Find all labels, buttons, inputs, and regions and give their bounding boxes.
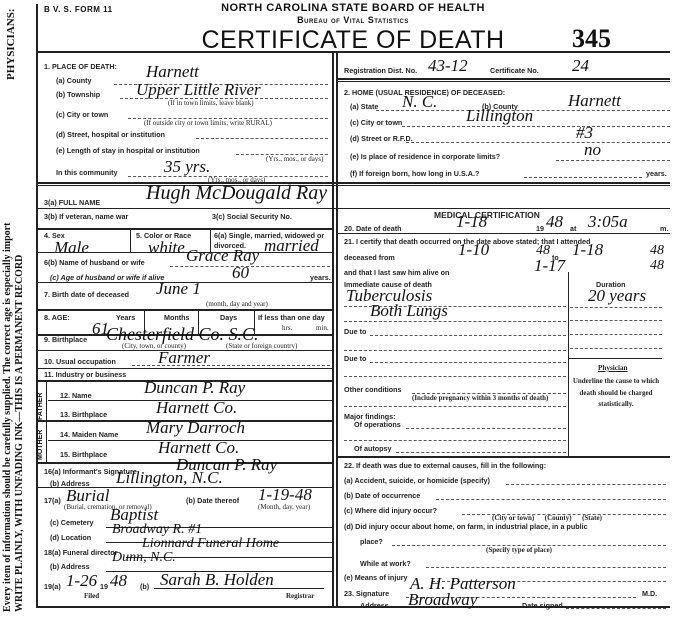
registrar-label: (b) — [140, 582, 149, 591]
margin-line-2: Every item of information should be care… — [2, 223, 13, 612]
home-city-label: (c) City or town — [350, 118, 402, 127]
funeral-address-value[interactable]: Dunn, N.C. — [112, 550, 176, 566]
foreign-born-suffix: years. — [646, 169, 667, 178]
veteran-label: 3(b) If veteran, name war — [44, 212, 128, 221]
home-street-label: (d) Street or R.F.D. — [350, 134, 413, 143]
street-label: (d) Street, hospital or institution — [56, 130, 165, 139]
mother-birthplace-label: 15. Birthplace — [60, 450, 107, 459]
age-col-days: Days — [220, 313, 237, 322]
certificate-no-label: Certificate No. — [490, 66, 539, 75]
community-label: In this community — [56, 168, 118, 177]
age-hrs: hrs. — [282, 324, 292, 332]
race-value[interactable]: white — [148, 238, 185, 258]
external-d-note: (Specify type of place) — [486, 546, 552, 554]
last-saw-year[interactable]: 48 — [650, 258, 664, 274]
birth-date-note: (month, day and year) — [206, 300, 268, 308]
death-date-label: 20. Date of death — [344, 224, 402, 233]
burial-date-label: (b) Date thereof — [186, 496, 239, 505]
home-city-value[interactable]: Lillington — [466, 106, 533, 126]
death-time-value[interactable]: 3:05a — [588, 212, 628, 232]
disposition-label: 17(a) — [44, 496, 61, 505]
external-b-label: (b) Date of occurrence — [344, 491, 420, 500]
marital-value[interactable]: married — [264, 236, 319, 256]
operations-label: Of operations — [354, 420, 401, 429]
header-rule — [36, 51, 670, 53]
birth-date-value[interactable]: June 1 — [156, 279, 201, 299]
duration-value[interactable]: 20 years — [588, 286, 646, 306]
external-a-label: (a) Accident, suicide, or homicide (spec… — [344, 476, 490, 485]
physician-address-label: Address — [360, 601, 389, 610]
spouse-age-label: (c) Age of husband or wife if alive — [50, 273, 164, 282]
informant-address-value[interactable]: Lillington, N.C. — [116, 468, 223, 488]
city-label: (c) City or town — [56, 110, 108, 119]
burial-date-note: (Month, day, year) — [258, 503, 310, 511]
ssn-label: 3(c) Social Security No. — [212, 212, 292, 221]
death-date-value[interactable]: 1-18 — [456, 212, 487, 232]
township-label: (b) Township — [56, 90, 100, 99]
father-birthplace-value[interactable]: Harnett Co. — [156, 398, 237, 418]
external-d-place-label: place? — [360, 537, 383, 546]
death-certificate-form: B V. S. FORM 11 NORTH CAROLINA STATE BOA… — [36, 0, 670, 610]
physician-note: Underline the cause to which death shoul… — [572, 376, 660, 411]
filed-label: 19(a) — [44, 582, 61, 591]
county-value[interactable]: Harnett — [146, 62, 199, 82]
attended-to-value[interactable]: 1-18 — [572, 240, 603, 260]
township-value[interactable]: Upper Little River — [136, 80, 261, 100]
registration-dist-value[interactable]: 43-12 — [428, 56, 468, 76]
county-label: (a) County — [56, 76, 92, 85]
mother-side-label: MOTHER — [37, 430, 44, 460]
other-conditions-label: Other conditions — [344, 385, 402, 394]
industry-label: 11. Industry or business — [44, 370, 126, 379]
father-name-label: 12. Name — [60, 391, 92, 400]
stay-note: (Yrs., mos., or days) — [266, 155, 323, 163]
sex-value[interactable]: Male — [54, 238, 89, 258]
means-of-injury-label: (e) Means of injury — [344, 573, 408, 582]
filed-date-value[interactable]: 1-26 — [66, 571, 97, 591]
attended-from-value[interactable]: 1-10 — [458, 240, 489, 260]
death-year-prefix: 19 — [536, 224, 544, 233]
birth-date-label: 7. Birth date of deceased — [44, 290, 129, 299]
external-c-label: (c) Where did injury occur? — [344, 506, 437, 515]
burial-date-value[interactable]: 1-19-48 — [258, 485, 312, 505]
autopsy-label: Of autopsy — [354, 444, 392, 453]
external-d-label: (d) Did injury occur about home, on farm… — [344, 522, 588, 531]
certificate-no-value[interactable]: 24 — [572, 56, 589, 76]
age-label: 8. AGE: — [44, 313, 70, 322]
cemetery-label: (c) Cemetery — [50, 518, 94, 527]
home-county-value[interactable]: Harnett — [568, 91, 621, 111]
township-note: (If in town limits, leave blank) — [168, 99, 254, 107]
father-birthplace-label: 13. Birthplace — [60, 410, 107, 419]
column-divider-2 — [336, 53, 338, 606]
birthplace-label: 9. Birthplace — [44, 335, 87, 344]
spouse-label: 6(b) Name of husband or wife — [44, 258, 145, 267]
date-signed-label: Date signed — [522, 601, 563, 610]
death-year-value[interactable]: 48 — [546, 212, 563, 232]
attended-from-label: deceased from — [344, 253, 395, 262]
birthplace-note-state: (State or foreign country) — [226, 342, 297, 350]
location-label: (d) Location — [50, 533, 91, 542]
full-name-value[interactable]: Hugh McDougald Ray — [146, 182, 327, 205]
registrar-signature[interactable]: Sarah B. Holden — [160, 570, 274, 590]
full-name-label: 3(a) FULL NAME — [44, 198, 100, 207]
death-time-suffix: m. — [660, 224, 668, 233]
due-to-label-1: Due to — [344, 327, 366, 336]
age-min: min. — [316, 324, 329, 332]
occupation-label: 10. Usual occupation — [44, 357, 116, 366]
margin-physicians: PHYSICIANS: — [5, 8, 17, 80]
age-col-months: Months — [164, 313, 190, 322]
last-saw-label: and that I last saw him alive on — [344, 268, 449, 277]
city-note: (If outside city or town limits, write R… — [144, 119, 272, 127]
column-divider — [332, 53, 334, 606]
physician-signature-label: 23. Signature — [344, 589, 389, 598]
left-margin-instructions: Every item of information should be care… — [0, 0, 34, 610]
mother-name-label: 14. Maiden Name — [60, 430, 118, 439]
death-time-label: at — [570, 224, 576, 233]
father-side-label: FATHER — [37, 393, 44, 420]
community-value[interactable]: 35 yrs. — [164, 157, 210, 177]
frame-left — [36, 4, 38, 608]
stay-label: (e) Length of stay in hospital or instit… — [56, 146, 200, 155]
registrar-note: Registrar — [286, 592, 314, 600]
physician-md-suffix: M.D. — [642, 589, 657, 598]
attended-to-year[interactable]: 48 — [650, 243, 664, 259]
corporate-limits-label: (e) Is place of residence in corporate l… — [350, 152, 500, 161]
physician-address-value[interactable]: Broadway — [408, 590, 477, 610]
father-name-value[interactable]: Duncan P. Ray — [144, 378, 245, 398]
external-c-note: (City or town) (County) (State) — [492, 514, 602, 522]
age-col-less-than-day: If less than one day — [258, 313, 325, 322]
corporate-limits-value[interactable]: no — [584, 140, 601, 160]
registration-dist-label: Registration Dist. No. — [344, 66, 417, 75]
certificate-number: 345 — [572, 24, 611, 54]
mother-name-value[interactable]: Mary Darroch — [146, 418, 245, 438]
while-at-work-label: While at work? — [360, 559, 411, 568]
spouse-age-suffix: years. — [310, 273, 331, 282]
cause-line-2[interactable]: Both Lungs — [370, 301, 448, 321]
foreign-born-label: (f) If foreign born, how long in U.S.A.? — [350, 169, 479, 178]
other-conditions-note: (Include pregnancy within 3 months of de… — [412, 394, 548, 402]
spouse-age-value[interactable]: 60 — [232, 263, 249, 283]
home-state-label: (a) State — [350, 102, 378, 111]
external-causes-heading: 22. If death was due to external causes,… — [344, 461, 546, 470]
filed-year-prefix: 19 — [100, 582, 108, 591]
filed-year-value[interactable]: 48 — [110, 571, 127, 591]
margin-line-1: WRITE PLAINLY, WITH UNFADING INK—THIS IS… — [14, 255, 25, 612]
physician-heading: Physician — [598, 364, 628, 372]
board-name: NORTH CAROLINA STATE BOARD OF HEALTH — [36, 2, 670, 14]
filed-note: Filed — [84, 592, 99, 600]
home-state-value[interactable]: N. C. — [402, 92, 437, 112]
funeral-address-label: (b) Address — [50, 562, 90, 571]
last-saw-value[interactable]: 1-17 — [534, 256, 565, 276]
funeral-director-label: 18(a) Funeral director — [44, 548, 118, 557]
due-to-label-2: Due to — [344, 354, 366, 363]
place-of-death-heading: 1. PLACE OF DEATH: — [44, 62, 117, 71]
age-col-years: Years — [116, 313, 135, 322]
